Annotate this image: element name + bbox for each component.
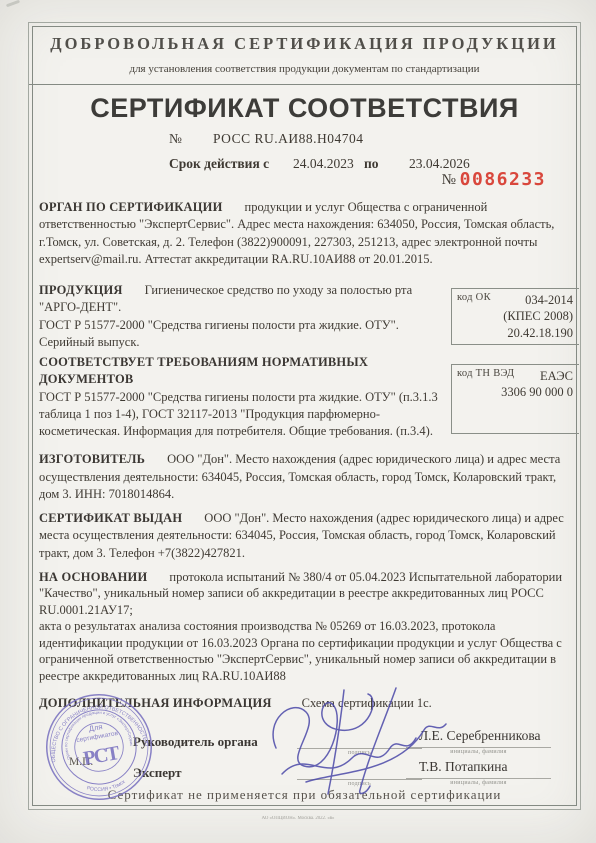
- section-issued-to: СЕРТИФИКАТ ВЫДАНООО "Дон". Место нахожде…: [39, 510, 576, 562]
- stamp-center-line1: Для: [88, 722, 103, 733]
- validity-label: Срок действия с: [169, 156, 269, 172]
- section-text: протокола испытаний № 380/4 от 05.04.202…: [39, 570, 562, 683]
- section-basis: НА ОСНОВАНИИпротокола испытаний № 380/4 …: [39, 569, 576, 685]
- page-title: СЕРТИФИКАТ СООТВЕТСТВИЯ: [29, 93, 580, 124]
- code-tnved-label: код ТН ВЭД: [457, 368, 514, 379]
- header-subtitle: для установления соответствия продукции …: [29, 63, 580, 75]
- certificate-number: РОСС RU.АИ88.Н04704: [213, 131, 363, 147]
- svg-text:РОССИЯ • Томск: РОССИЯ • Томск: [85, 778, 128, 796]
- section-text: ГОСТ Р 51577-2000 "Средства гигиены поло…: [39, 390, 438, 439]
- round-stamp-seal-icon: ОБЩЕСТВО С ОГРАНИЧЕННОЙ ОТВЕТСТВЕННОСТЬЮ…: [33, 681, 165, 813]
- stamp-outer-bottom-text: РОССИЯ • Томск: [85, 778, 128, 796]
- blank-number: 0086233: [460, 169, 546, 190]
- section-label: НА ОСНОВАНИИ: [39, 570, 147, 584]
- code-ok-label: код ОК: [457, 292, 491, 303]
- section-certification-body: ОРГАН ПО СЕРТИФИКАЦИИпродукции и услуг О…: [39, 199, 576, 268]
- valid-to-label: по: [364, 156, 379, 172]
- header-title: ДОБРОВОЛЬНАЯ СЕРТИФИКАЦИЯ ПРОДУКЦИИ: [29, 34, 580, 54]
- certificate-body: ОРГАН ПО СЕРТИФИКАЦИИпродукции и услуг О…: [39, 195, 576, 713]
- code-ok-box: код ОК 034-2014 (КПЕС 2008) 20.42.18.190: [451, 288, 579, 345]
- section-label: ОРГАН ПО СЕРТИФИКАЦИИ: [39, 200, 223, 214]
- blank-number-row: № 0086233: [442, 169, 546, 190]
- number-sign: №: [169, 131, 182, 147]
- section-label: ПРОДУКЦИЯ: [39, 283, 123, 297]
- handwritten-signatures: [248, 686, 478, 798]
- stamp-rst-logo: РСТ: [82, 742, 121, 770]
- scan-artifact: [6, 0, 20, 7]
- blank-number-sign: №: [442, 172, 460, 188]
- valid-from-date: 24.04.2023: [293, 156, 354, 172]
- section-label: СЕРТИФИКАТ ВЫДАН: [39, 511, 182, 525]
- print-house-imprint: АО «ОПЦИОН». Москва. 2022. «в»: [60, 816, 537, 821]
- header-box: ДОБРОВОЛЬНАЯ СЕРТИФИКАЦИЯ ПРОДУКЦИИ для …: [29, 23, 580, 85]
- section-label: СООТВЕТСТВУЕТ ТРЕБОВАНИЯМ НОРМАТИВНЫХ ДО…: [39, 354, 426, 389]
- section-label: ИЗГОТОВИТЕЛЬ: [39, 452, 145, 466]
- section-manufacturer: ИЗГОТОВИТЕЛЬООО "Дон". Место нахождения …: [39, 451, 576, 503]
- code-tnved-box: код ТН ВЭД ЕАЭС 3306 90 000 0: [451, 364, 579, 434]
